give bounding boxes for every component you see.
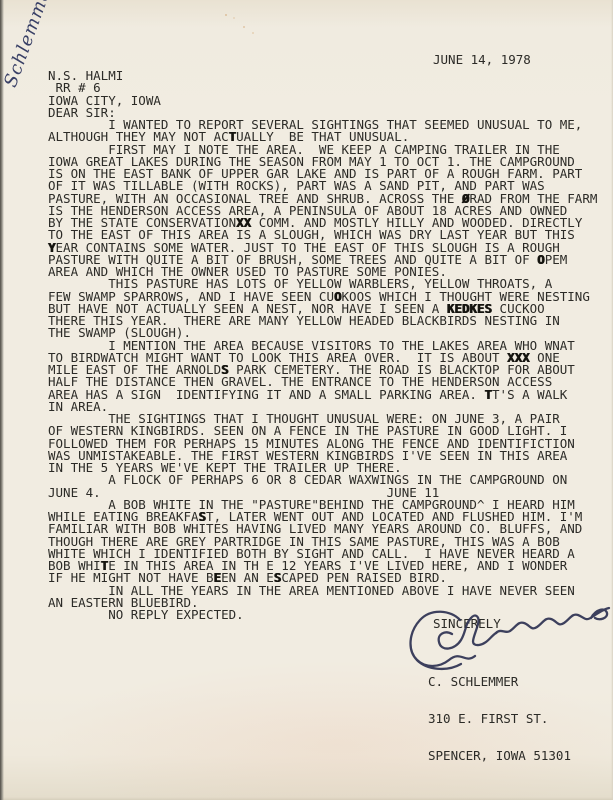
signature-city: SPENCER, IOWA 51301 — [428, 750, 571, 762]
letter-page: Schlemmer JUNE 14, 1978 N.S. HALMI RR # … — [0, 0, 613, 800]
signature-street: 310 E. FIRST ST. — [428, 713, 571, 725]
letter-date: JUNE 14, 1978 — [433, 52, 531, 67]
handwritten-signature — [405, 606, 613, 684]
letter-text: N.S. HALMI RR # 6 IOWA CITY, IOWA DEAR S… — [48, 70, 597, 621]
paper-specks — [225, 14, 227, 16]
